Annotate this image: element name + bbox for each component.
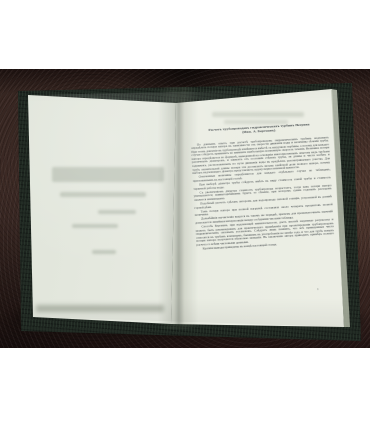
right-page-faint-showthrough: [212, 112, 304, 117]
signature-mark: 9: [317, 288, 318, 291]
right-page-printed-content: Расчетъ трубопроводовъ гидравлическихъ т…: [190, 121, 335, 252]
showthrough-title-ghost: [52, 167, 164, 182]
article-body: По даннымъ опыта, при расчетѣ трубопрово…: [191, 136, 335, 252]
showthrough-smudge: [98, 210, 136, 214]
book-gutter-shadow: [158, 87, 198, 329]
showthrough-smudge: [72, 224, 118, 228]
showthrough-line-ghost: [60, 192, 146, 197]
photo-of-open-book: Расчетъ трубопроводовъ гидравлическихъ т…: [0, 69, 370, 348]
page-bottom-shadow: [36, 305, 164, 312]
showthrough-smudge: [92, 250, 116, 254]
